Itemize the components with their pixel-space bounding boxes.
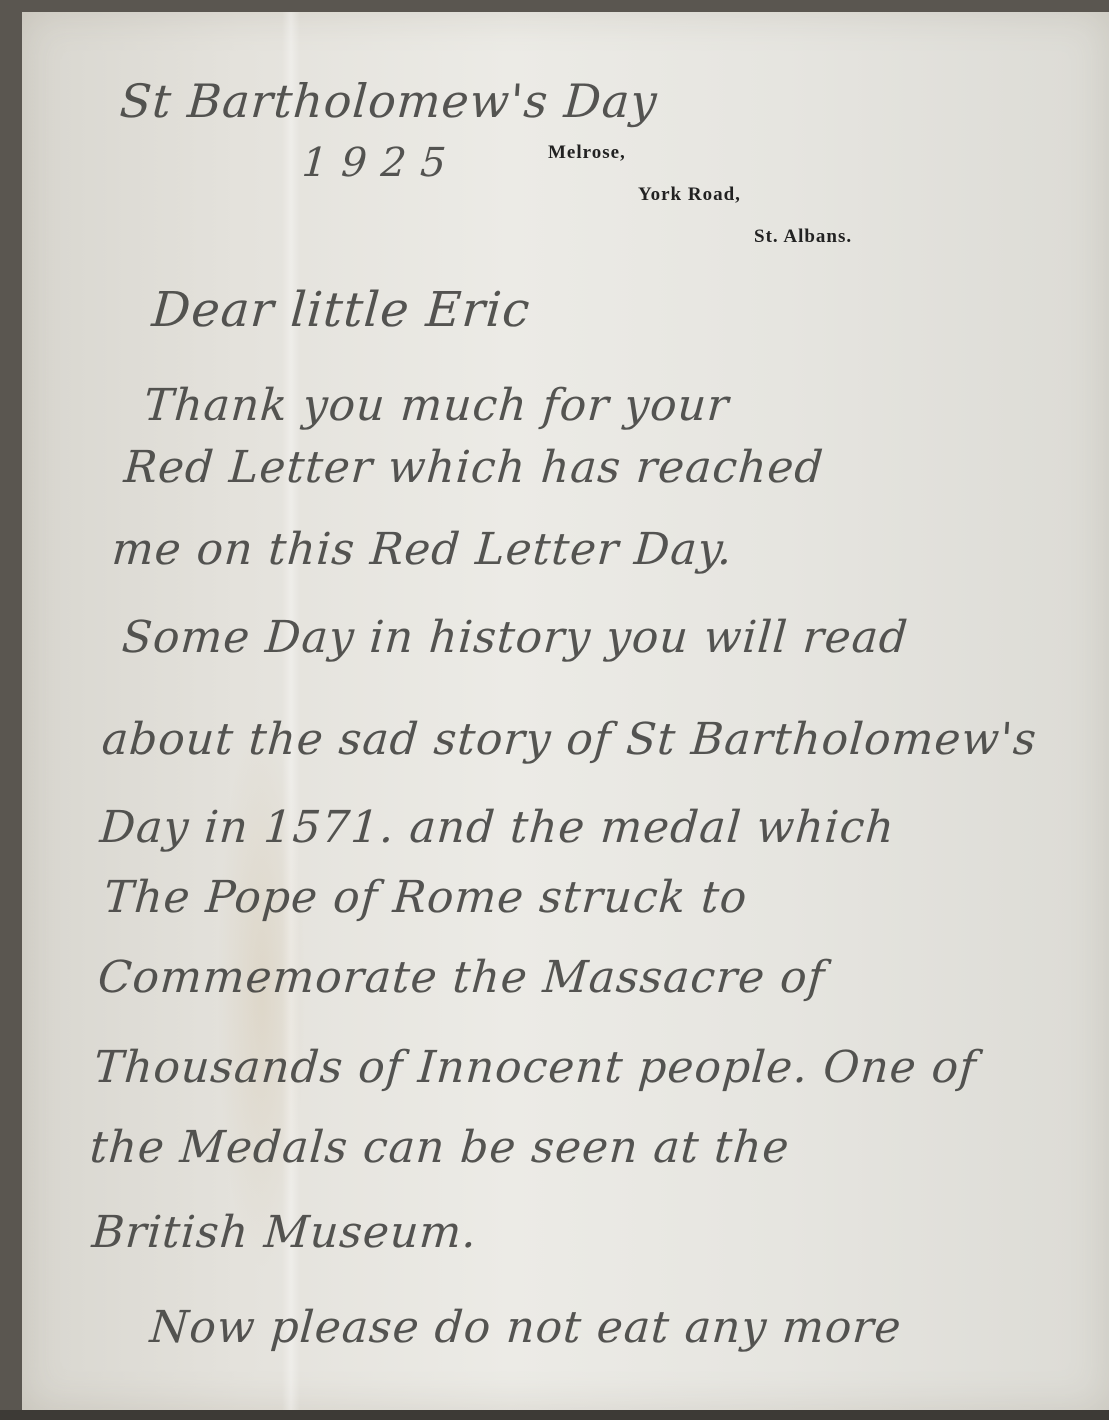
letterhead-line1: Melrose,: [548, 142, 626, 164]
letterhead-line2: York Road,: [638, 184, 741, 206]
frame-edge: [0, 1410, 1109, 1420]
body-line: Red Letter which has reached: [122, 442, 825, 493]
body-line: about the sad story of St Bartholomew's: [100, 714, 1038, 765]
body-line: Now please do not eat any more: [148, 1302, 903, 1353]
body-line: British Museum.: [90, 1207, 479, 1258]
letterhead-line3: St. Albans.: [754, 226, 852, 248]
body-line: me on this Red Letter Day.: [110, 524, 734, 575]
date-heading-line1: St Bartholomew's Day: [118, 74, 659, 128]
date-heading-year: 1925: [300, 140, 461, 186]
body-line: Day in 1571. and the medal which: [98, 802, 896, 853]
salutation: Dear little Eric: [150, 282, 532, 338]
body-line: Commemorate the Massacre of: [96, 952, 827, 1003]
body-line: the Medals can be seen at the: [88, 1122, 791, 1173]
body-line: Some Day in history you will read: [120, 612, 910, 663]
body-line: The Pope of Rome struck to: [102, 872, 749, 923]
body-line: Thank you much for your: [142, 380, 731, 431]
letter-paper: St Bartholomew's Day 1925 Melrose, York …: [22, 12, 1109, 1410]
body-line: Thousands of Innocent people. One of: [92, 1042, 978, 1093]
